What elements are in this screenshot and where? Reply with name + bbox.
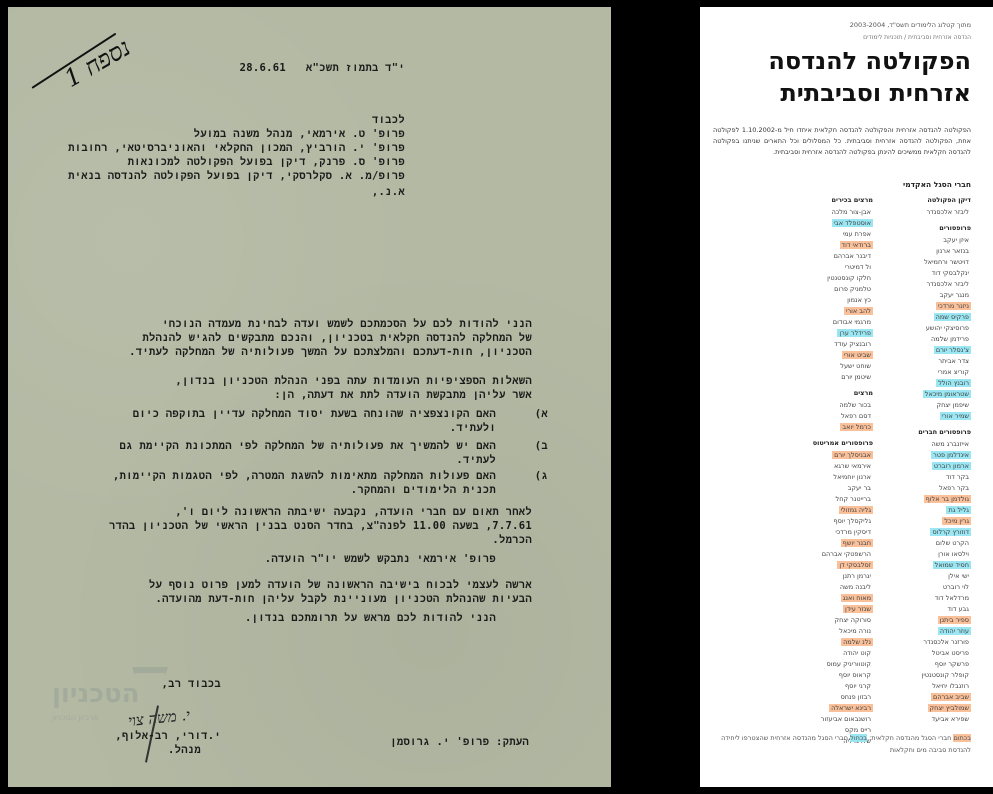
- staff-name: ספיר ביתנן: [938, 616, 971, 624]
- staff-list-item: פרשקר יוסף: [871, 659, 971, 670]
- watermark-subtitle: ארכיון הטכניון: [52, 713, 99, 722]
- staff-name: ול דמיטרי: [843, 263, 873, 271]
- staff-name: מנגר יעקב: [938, 291, 971, 299]
- staff-list-item: ינקלבסקי דוד: [871, 268, 971, 279]
- staff-list-item: יגרמן רתנן: [773, 571, 873, 582]
- paragraph-details: ארשה לעצמי לבכוח בישיבה הראשונה של הועדה…: [149, 578, 532, 606]
- staff-list-item: גליקסלך יוסף: [773, 516, 873, 527]
- staff-name: שוחט ישעל: [838, 362, 873, 370]
- staff-name: כץ אנמון: [845, 296, 873, 304]
- staff-column-left: מרצים בכיריםאבן-צור מלכהאוסטפלד אביאפרת …: [773, 195, 873, 747]
- staff-name: שביט אורי: [842, 351, 873, 359]
- legend-orange-text: חברי הסגל מהנדסה חקלאית;: [867, 734, 953, 742]
- staff-list-item: חלקו קונסטנטין: [773, 273, 873, 284]
- closing: בכבוד רב,: [162, 677, 221, 691]
- staff-list-item: חבנר יושף: [773, 538, 873, 549]
- staff-list-item: דסם רפאל: [773, 411, 873, 422]
- staff-list-item: דוזורץ קרלוס: [871, 527, 971, 538]
- staff-list-item: רובנץ הולל: [871, 378, 971, 389]
- staff-list-item: רבינא ישראלה: [773, 703, 873, 714]
- staff-name: קופלר קונסטנטין: [920, 671, 971, 679]
- paragraph-meeting: לאחר תאום עם חברי הועדה, נקבעה ישיבתה הר…: [109, 505, 532, 547]
- staff-column-right: דיקן הפקולטהליבזר אלכסנדרפרופסוריםאיזן י…: [871, 195, 971, 725]
- page-title: הפקולטה להנדסה אזרחית וסביבתית: [711, 45, 971, 109]
- question-text: האם פעולות המחלקה מתאימות להשגת המטרה, ל…: [113, 469, 496, 497]
- handwritten-annex-note: נספח 1: [28, 45, 138, 115]
- staff-name: רבזון פנחס: [839, 693, 873, 701]
- staff-name: ניזנר מרדכי: [936, 302, 971, 310]
- staff-name: בקר דוד: [944, 473, 971, 481]
- staff-name: שפירא אביעד: [930, 715, 971, 723]
- staff-list-item: אפרת עמי: [773, 229, 873, 240]
- catalog-page: מתוך קטלוג הלימודים תשס"ד, 2003-2004 הנד…: [700, 7, 993, 787]
- staff-name: ארמון רוברט: [932, 462, 971, 470]
- staff-name: בנזאר ארנון: [934, 247, 971, 255]
- staff-name: הקרט שלום: [934, 539, 971, 547]
- paragraph-questions-lead: השאלות הספציפיות העומדות עתה בפני הנהלת …: [175, 374, 532, 402]
- staff-name: שביב אברהם: [931, 693, 971, 701]
- staff-name: ליבזר אלכסנדר: [925, 280, 971, 288]
- staff-name: ליבנה משה: [838, 583, 873, 591]
- staff-name: דיבנר אברהם: [832, 252, 873, 260]
- staff-name: קראוס יוסף: [837, 671, 873, 679]
- recipient: פרופ' י. הורביץ, המכון החקלאי והאוניברסי…: [68, 141, 405, 155]
- staff-list-item: שיפמן יצחק: [871, 400, 971, 411]
- staff-list-item: אבניסלך יורם: [773, 450, 873, 461]
- staff-list-item: פורזנר אלכסנדר: [871, 637, 971, 648]
- staff-list-item: פרידלר ערן: [773, 328, 873, 339]
- intro-paragraph: הפקולטה להנדסה אזרחית והפקולטה להנדסה חק…: [713, 125, 971, 158]
- staff-name: חסיד שמואל: [933, 561, 971, 569]
- staff-name: רושנבאום אביעזור: [819, 715, 873, 723]
- highlight-legend: בכתום חברי הסגל מהנדסה חקלאית; בכחול חבר…: [713, 732, 971, 756]
- greeting: א.נ.,: [372, 185, 405, 199]
- staff-name: בכור שלמה: [837, 401, 873, 409]
- staff-list-item: בר יעקב: [773, 483, 873, 494]
- paragraph-intro: הנני להודות לכם על הסכמתכם לשמש ועדה לבח…: [129, 317, 532, 359]
- staff-name: אינדלמן פטר: [931, 451, 971, 459]
- breadcrumb: הנדסה אזרחית וסביבתית / תוכניות לימודים: [863, 34, 971, 41]
- staff-list-item: ברודאי דוד: [773, 240, 873, 251]
- staff-list-item: קראוס יוסף: [773, 670, 873, 681]
- staff-name: נורה מיכאל: [837, 627, 873, 635]
- staff-name: שמולביץ יצחק: [928, 704, 971, 712]
- staff-list-item: שמולביץ יצחק: [871, 703, 971, 714]
- legend-orange-label: בכתום: [953, 734, 971, 742]
- date-line: י"ד בתמוז תשכ"א 28.6.61: [240, 61, 405, 75]
- staff-name: גליה גמזולי: [839, 506, 873, 514]
- staff-name: עוזר יהודה: [938, 627, 971, 635]
- staff-list-item: פרקיס שמה: [871, 312, 971, 323]
- staff-name: יגרמן רתנן: [841, 572, 873, 580]
- staff-list-item: ישי אילן: [871, 571, 971, 582]
- staff-name: ישי אילן: [946, 572, 971, 580]
- staff-name: טלמניק פרום: [832, 285, 873, 293]
- question-label: ב): [535, 439, 548, 453]
- question-text: האם יש להמשיך את פעולותיה של המחלקה לפי …: [120, 439, 496, 467]
- staff-name: אבן-צור מלכה: [830, 208, 873, 216]
- staff-list-item: ספיר ביתנן: [871, 615, 971, 626]
- staff-list-item: ול דמיטרי: [773, 262, 873, 273]
- staff-name: מאוח ואנג: [841, 594, 873, 602]
- staff-list-item: בקר רפאל: [871, 483, 971, 494]
- staff-name: כרמל יואב: [840, 423, 873, 431]
- staff-name: בקר רפאל: [937, 484, 971, 492]
- scanned-letter: נספח 1 י"ד בתמוז תשכ"א 28.6.61 לכבוד פרו…: [8, 7, 611, 787]
- staff-list-item: שביב אברהם: [871, 692, 971, 703]
- staff-section-heading: מרצים בכירים: [773, 195, 873, 206]
- recipient: פרופ/מ. א. סקלרסקי, דיקן בפועל הפקולטה ל…: [68, 169, 405, 183]
- staff-list-item: מרדלאל דוד: [871, 593, 971, 604]
- staff-name: חלקו קונסטנטין: [825, 274, 873, 282]
- staff-name: איזן יעקב: [941, 236, 971, 244]
- staff-name: צ'נסלר יורם: [934, 346, 971, 354]
- staff-list-item: ליבזר אלכסנדר: [871, 279, 971, 290]
- staff-name: לוי רוברט: [941, 583, 971, 591]
- staff-name: חבנר יושף: [841, 539, 873, 547]
- staff-list-item: כץ אנמון: [773, 295, 873, 306]
- staff-name: קוטווריניק עמוס: [825, 660, 873, 668]
- staff-list-item: כרמל יואב: [773, 422, 873, 433]
- staff-name: גולדמן בר אלוף: [924, 495, 971, 503]
- staff-list-item: שמיר אורי: [871, 411, 971, 422]
- staff-section-heading: דיקן הפקולטה: [871, 195, 971, 206]
- staff-name: גבע דוד: [946, 605, 971, 613]
- staff-list-item: רבזון פנחס: [773, 692, 873, 703]
- staff-name: דוזורץ קרלוס: [930, 528, 971, 536]
- staff-name: שטראומן מיכאל: [923, 390, 971, 398]
- staff-list-item: דיבנר אברהם: [773, 251, 873, 262]
- staff-list-item: פרוסיצקי יהושע: [871, 323, 971, 334]
- staff-list-item: מרגמי אבודום: [773, 317, 873, 328]
- staff-name: קוריצ אמרי: [936, 368, 971, 376]
- legend-blue-label: בכחול: [850, 734, 867, 742]
- staff-list-item: מנגר יעקב: [871, 290, 971, 301]
- staff-list-item: צ'נסלר יורם: [871, 345, 971, 356]
- staff-name: שמיר אורי: [940, 412, 971, 420]
- staff-list-item: אבן-צור מלכה: [773, 207, 873, 218]
- staff-list-item: לוי רוברט: [871, 582, 971, 593]
- staff-name: וילסאו אורן: [936, 550, 971, 558]
- staff-section-heading: מרצים: [773, 388, 873, 399]
- staff-name: קרני יוסף: [843, 682, 873, 690]
- staff-name: גליל גת: [946, 506, 971, 514]
- recipients-list: פרופ' ט. אירמאי, מנהל משנה במועל פרופ' י…: [68, 127, 405, 183]
- staff-list-item: ארמון רוברט: [871, 461, 971, 472]
- staff-name: שיפמן יצחק: [934, 401, 971, 409]
- watermark-title: הטכניון: [52, 679, 140, 709]
- staff-name: רבינא ישראלה: [829, 704, 873, 712]
- staff-list-item: שנזר עידן: [773, 604, 873, 615]
- staff-list-item: רוזנבלו יחיאל: [871, 681, 971, 692]
- staff-list-item: זסלבסקי דן: [773, 560, 873, 571]
- staff-list-item: קרני יוסף: [773, 681, 873, 692]
- staff-name: קוט יהודה: [841, 649, 873, 657]
- staff-name: פרקיס שמה: [934, 313, 971, 321]
- staff-name: בר יעקב: [846, 484, 873, 492]
- staff-list-item: נורה מיכאל: [773, 626, 873, 637]
- staff-name: נלנ שלמה: [841, 638, 873, 646]
- staff-name: אייזנברג משה: [929, 440, 971, 448]
- staff-list-item: ברייטנר קחל: [773, 494, 873, 505]
- staff-list-item: גליה גמזולי: [773, 505, 873, 516]
- staff-list-item: אינדלמן פטר: [871, 450, 971, 461]
- staff-name: שנזר עידן: [843, 605, 873, 613]
- staff-name: סורוקה יצחק: [832, 616, 873, 624]
- staff-name: ברייטנר קחל: [834, 495, 873, 503]
- staff-name: צדר אביתר: [936, 357, 971, 365]
- staff-list-item: גבע דוד: [871, 604, 971, 615]
- staff-list-item: שטראומן מיכאל: [871, 389, 971, 400]
- staff-list-item: ליבנה משה: [773, 582, 873, 593]
- paragraph-chair: פרופ' אירמאי נתבקש לשמש יו"ר הועדה.: [265, 552, 496, 566]
- staff-list-item: פרידמן שלמה: [871, 334, 971, 345]
- staff-list-item: איזן יעקב: [871, 235, 971, 246]
- staff-list-item: אירמאי שרגא: [773, 461, 873, 472]
- staff-name: ינקלבסקי דוד: [930, 269, 971, 277]
- staff-list-item: ארנון יוחמיאל: [773, 472, 873, 483]
- staff-section-heading: פרופסורים אמריטוס: [773, 438, 873, 449]
- staff-name: פרשקר יוסף: [933, 660, 971, 668]
- staff-list-item: חסיד שמואל: [871, 560, 971, 571]
- staff-list-item: גולדמן בר אלוף: [871, 494, 971, 505]
- staff-name: פריסט אביטל: [930, 649, 971, 657]
- question-label: א): [535, 407, 548, 421]
- staff-name: גליקסלך יוסף: [831, 517, 873, 525]
- salutation-to: לכבוד: [372, 113, 405, 127]
- staff-list-item: סורוקה יצחק: [773, 615, 873, 626]
- staff-name: ברודאי דוד: [840, 241, 873, 249]
- staff-name: מרגמי אבודום: [831, 318, 873, 326]
- staff-list-item: עוזר יהודה: [871, 626, 971, 637]
- staff-name: אוסטפלד אבי: [832, 219, 873, 227]
- staff-name: גרין מיכל: [942, 517, 971, 525]
- staff-list-item: וילסאו אורן: [871, 549, 971, 560]
- staff-list-item: גרין מיכל: [871, 516, 971, 527]
- signer-name: י.דורי, רב-אלוף,: [115, 729, 221, 743]
- staff-name: רובנץ הולל: [936, 379, 971, 387]
- staff-section-heading: פרופסורים חברים: [871, 427, 971, 438]
- staff-name: פרידלר ערן: [837, 329, 873, 337]
- staff-list-item: רובנציק עודד: [773, 339, 873, 350]
- staff-list-item: שוחט ישעל: [773, 361, 873, 372]
- staff-list-item: בקר דוד: [871, 472, 971, 483]
- staff-list-item: קופלר קונסטנטין: [871, 670, 971, 681]
- staff-list-item: אוסטפלד אבי: [773, 218, 873, 229]
- staff-list-item: בנזאר ארנון: [871, 246, 971, 257]
- staff-name: רוזנבלו יחיאל: [930, 682, 971, 690]
- staff-name: ארנון יוחמיאל: [831, 473, 873, 481]
- staff-list-item: טלמניק פרום: [773, 284, 873, 295]
- staff-name: אבניסלך יורם: [832, 451, 873, 459]
- staff-list-item: שפירא אביעד: [871, 714, 971, 725]
- staff-list-item: קוט יהודה: [773, 648, 873, 659]
- paragraph-thanks: הנני להודות לכם מראש על תרומתכם בנדון.: [245, 611, 496, 625]
- staff-list-item: רושנבאום אביעזור: [773, 714, 873, 725]
- staff-list-item: דויטשר ורחמיאל: [871, 257, 971, 268]
- staff-list-item: גליל גת: [871, 505, 971, 516]
- staff-name: פרידמן שלמה: [929, 335, 971, 343]
- staff-name: להב אורי: [844, 307, 873, 315]
- staff-name: רובנציק עודד: [832, 340, 873, 348]
- recipient: פרופ' ס. פרנק, דיקן בפועל הפקולטה למכונא…: [68, 155, 405, 169]
- staff-section-title: חברי הסגל האקדמי: [903, 180, 971, 189]
- staff-list-item: שיטמן יורם: [773, 372, 873, 383]
- staff-list-item: צדר אביתר: [871, 356, 971, 367]
- staff-list-item: נלנ שלמה: [773, 637, 873, 648]
- staff-section-heading: פרופסורים: [871, 223, 971, 234]
- staff-list-item: מאוח ואנג: [773, 593, 873, 604]
- staff-list-item: ניזנר מרדכי: [871, 301, 971, 312]
- staff-list-item: שביט אורי: [773, 350, 873, 361]
- staff-list-item: להב אורי: [773, 306, 873, 317]
- staff-list-item: הרשפטקי אברהם: [773, 549, 873, 560]
- cc-line: העתק: פרופ' י. גרוסמן: [390, 735, 529, 749]
- staff-name: ליבזר אלכסנדר: [925, 208, 971, 216]
- staff-list-item: קוטווריניק עמוס: [773, 659, 873, 670]
- staff-list-item: בכור שלמה: [773, 400, 873, 411]
- staff-name: אירמאי שרגא: [832, 462, 873, 470]
- staff-list-item: פריסט אביטל: [871, 648, 971, 659]
- staff-name: אפרת עמי: [841, 230, 873, 238]
- staff-list-item: הקרט שלום: [871, 538, 971, 549]
- staff-list-item: דיסקין מרדכי: [773, 527, 873, 538]
- staff-list-item: אייזנברג משה: [871, 439, 971, 450]
- staff-name: זסלבסקי דן: [837, 561, 873, 569]
- recipient: פרופ' ט. אירמאי, מנהל משנה במועל: [68, 127, 405, 141]
- question-label: ג): [535, 469, 548, 483]
- catalog-source-line: מתוך קטלוג הלימודים תשס"ד, 2003-2004: [850, 21, 971, 29]
- staff-name: דויטשר ורחמיאל: [922, 258, 971, 266]
- staff-name: שיטמן יורם: [839, 373, 873, 381]
- question-text: האם הקונצפציה שהונחה בשעת יסוד המחלקה עד…: [133, 407, 496, 435]
- staff-name: דסם רפאל: [839, 412, 873, 420]
- staff-name: דיסקין מרדכי: [833, 528, 873, 536]
- signer-title: מנהל.: [168, 743, 201, 757]
- staff-list-item: קוריצ אמרי: [871, 367, 971, 378]
- staff-name: הרשפטקי אברהם: [820, 550, 873, 558]
- staff-name: פרוסיצקי יהושע: [924, 324, 971, 332]
- staff-list-item: ליבזר אלכסנדר: [871, 207, 971, 218]
- staff-name: מרדלאל דוד: [933, 594, 971, 602]
- staff-name: פורזנר אלכסנדר: [921, 638, 971, 646]
